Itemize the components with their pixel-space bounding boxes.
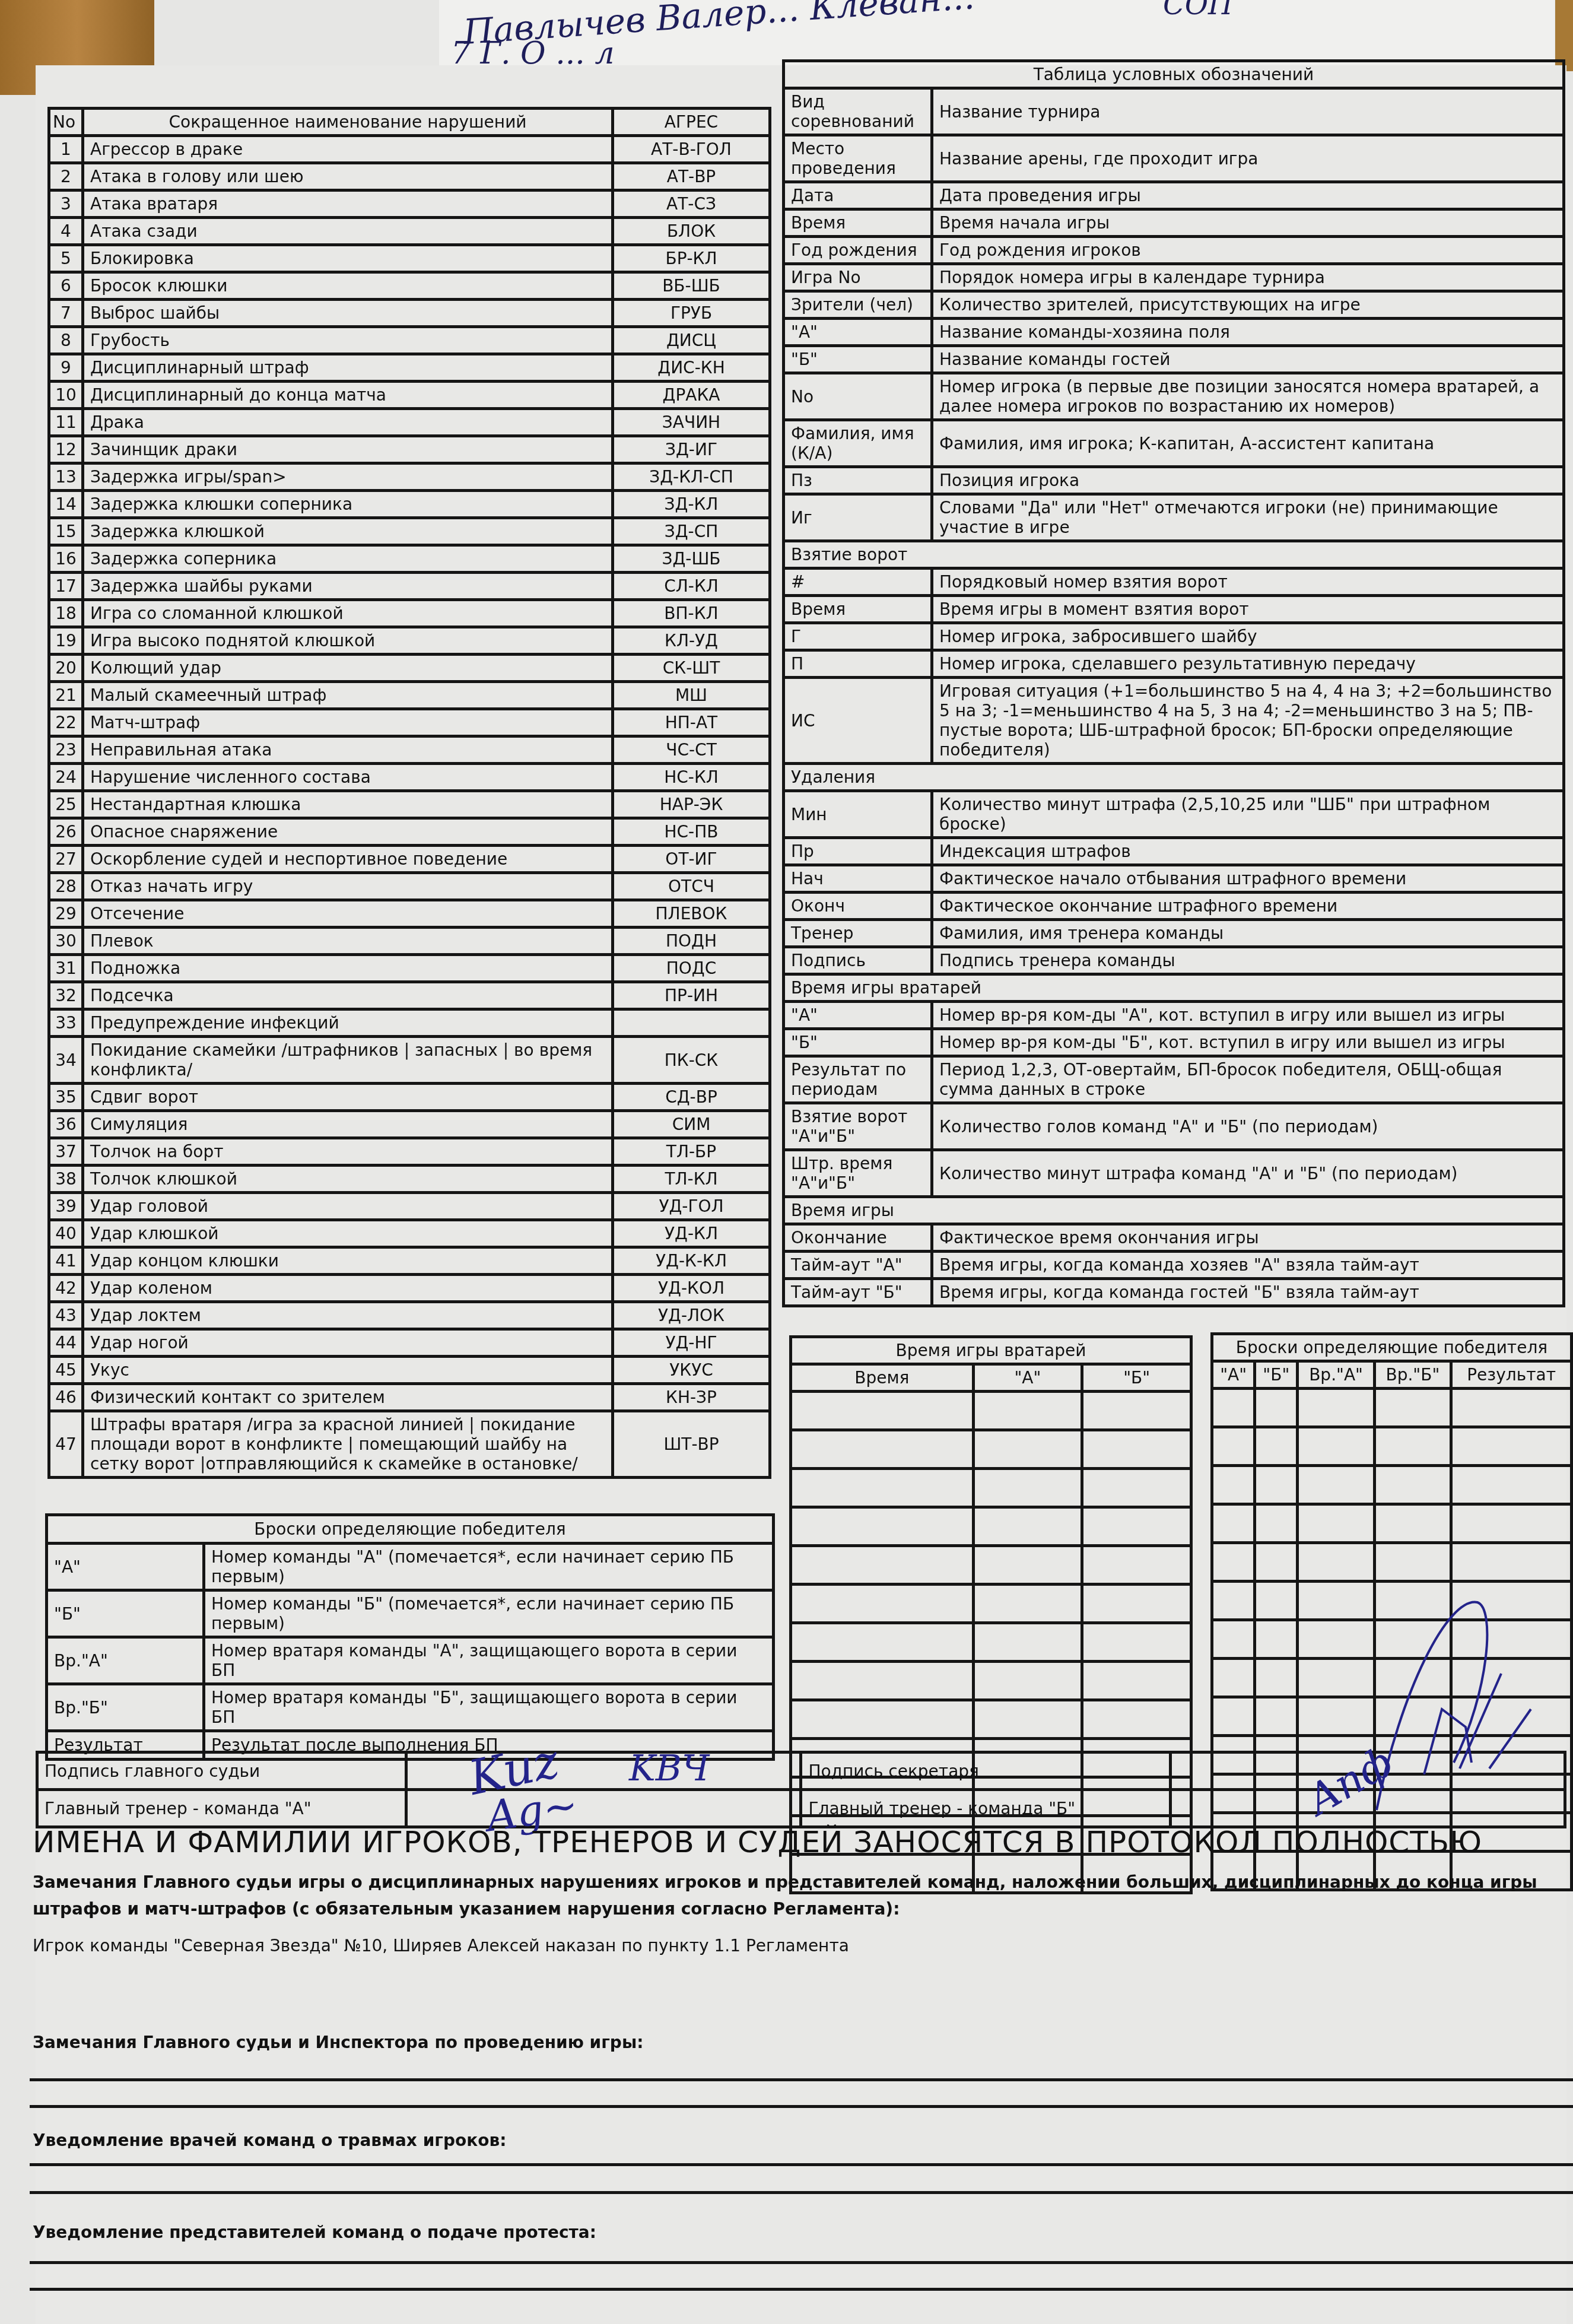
legend-value: Период 1,2,3, ОТ-овертайм, БП-бросок поб… bbox=[932, 1056, 1564, 1103]
legend-key: Штр. время "А"и"Б" bbox=[784, 1150, 932, 1197]
violation-name: Симуляция bbox=[83, 1111, 613, 1138]
legend-value: Время игры в момент взятия ворот bbox=[932, 596, 1564, 623]
violation-code: ВП-КЛ bbox=[613, 600, 770, 627]
violation-name: Бросок клюшки bbox=[83, 272, 613, 300]
legend-row: Штр. время "А"и"Б" Количество минут штра… bbox=[784, 1150, 1564, 1197]
legend-value: Время игры, когда команда гостей "Б" взя… bbox=[932, 1279, 1564, 1306]
legend-value: Фактическое окончание штрафного времени bbox=[932, 893, 1564, 920]
violation-number: 44 bbox=[49, 1329, 83, 1357]
violation-code: АТ-В-ГОЛ bbox=[613, 136, 770, 163]
shootout-cell[interactable] bbox=[1212, 1466, 1255, 1504]
legend-row: Результат по периодам Период 1,2,3, ОТ-о… bbox=[784, 1056, 1564, 1103]
violation-number: 16 bbox=[49, 545, 83, 573]
legend-row: Тайм-аут "А" Время игры, когда команда х… bbox=[784, 1252, 1564, 1279]
legend-key: # bbox=[784, 569, 932, 596]
goalie-time-cell[interactable] bbox=[973, 1700, 1082, 1739]
violation-name: Подсечка bbox=[83, 982, 613, 1009]
violations-title: Сокращенное наименование нарушений bbox=[83, 109, 613, 136]
legend-value: Индексация штрафов bbox=[932, 838, 1564, 865]
violation-number: 39 bbox=[49, 1193, 83, 1220]
violation-row: 38 Толчок клюшкой ТЛ-КЛ bbox=[49, 1166, 770, 1193]
violation-name: Удар концом клюшки bbox=[83, 1247, 613, 1275]
legend-value: Дата проведения игры bbox=[932, 182, 1564, 209]
violation-number: 8 bbox=[49, 327, 83, 354]
legend-row: Место проведения Название арены, где про… bbox=[784, 135, 1564, 182]
violation-row: 23 Неправильная атака ЧС-СТ bbox=[49, 736, 770, 764]
violation-number: 43 bbox=[49, 1302, 83, 1329]
shootout-cell[interactable] bbox=[1374, 1504, 1451, 1543]
violation-code: ЗД-ИГ bbox=[613, 436, 770, 463]
legend-value: Фамилия, имя игрока; К-капитан, А-ассист… bbox=[932, 420, 1564, 467]
shootout-cell[interactable] bbox=[1298, 1466, 1374, 1504]
goalie-time-column-header: "А" bbox=[973, 1364, 1082, 1392]
legend-value: Номер игрока (в первые две позиции занос… bbox=[932, 373, 1564, 420]
violation-number: 30 bbox=[49, 928, 83, 955]
violation-row: 10 Дисциплинарный до конца матча ДРАКА bbox=[49, 382, 770, 409]
violation-row: 17 Задержка шайбы руками СЛ-КЛ bbox=[49, 573, 770, 600]
violation-code: НС-ПВ bbox=[613, 818, 770, 846]
goalie-time-cell[interactable] bbox=[791, 1700, 974, 1739]
coach-a-label: Главный тренер - команда "А" bbox=[37, 1790, 406, 1827]
violation-number: 11 bbox=[49, 409, 83, 436]
violation-name: Физический контакт со зрителем bbox=[83, 1384, 613, 1411]
violation-row: 20 Колющий удар СК-ШТ bbox=[49, 655, 770, 682]
violation-row: 22 Матч-штраф НП-АТ bbox=[49, 709, 770, 736]
legend-row: Оконч Фактическое окончание штрафного вр… bbox=[784, 893, 1564, 920]
violation-row: 25 Нестандартная клюшка НАР-ЭК bbox=[49, 791, 770, 818]
goalie-time-cell[interactable] bbox=[791, 1507, 974, 1546]
violation-name: Задержка клюшки соперника bbox=[83, 491, 613, 518]
goalie-time-title: Время игры вратарей bbox=[791, 1337, 1191, 1364]
goalie-time-cell[interactable] bbox=[973, 1585, 1082, 1623]
violation-code: КН-ЗР bbox=[613, 1384, 770, 1411]
legend-section-row: Взятие ворот bbox=[784, 541, 1564, 569]
violation-code: ВБ-ШБ bbox=[613, 272, 770, 300]
goalie-time-cell[interactable] bbox=[1082, 1546, 1191, 1585]
shootout-cell[interactable] bbox=[1298, 1389, 1374, 1427]
legend-row: Пз Позиция игрока bbox=[784, 467, 1564, 494]
legend-key: Мин bbox=[784, 791, 932, 838]
shootout-cell[interactable] bbox=[1374, 1427, 1451, 1466]
goalie-time-cell[interactable] bbox=[1082, 1507, 1191, 1546]
violation-number: 38 bbox=[49, 1166, 83, 1193]
shootout-legend-value: Номер вратаря команды "А", защищающего в… bbox=[204, 1637, 774, 1684]
legend-value: Номер игрока, забросившего шайбу bbox=[932, 623, 1564, 650]
goalie-time-column-header: "Б" bbox=[1082, 1364, 1191, 1392]
violation-name: Задержка игры/span> bbox=[83, 463, 613, 491]
violation-number: 35 bbox=[49, 1084, 83, 1111]
legend-row: Г Номер игрока, забросившего шайбу bbox=[784, 623, 1564, 650]
violation-name: Толчок на борт bbox=[83, 1138, 613, 1166]
referee-remarks-title: Замечания Главного судьи игры о дисципли… bbox=[33, 1869, 1552, 1923]
shootout-row bbox=[1212, 1427, 1572, 1466]
legend-key: Тайм-аут "А" bbox=[784, 1252, 932, 1279]
violation-number: 42 bbox=[49, 1275, 83, 1302]
violation-code: ЧС-СТ bbox=[613, 736, 770, 764]
shootout-legend-title: Броски определяющие победителя bbox=[47, 1515, 774, 1544]
shootout-legend-row: "А" Номер команды "А" (помечается*, если… bbox=[47, 1544, 774, 1590]
violation-number: 2 bbox=[49, 163, 83, 191]
violation-row: 32 Подсечка ПР-ИН bbox=[49, 982, 770, 1009]
violation-number: 1 bbox=[49, 136, 83, 163]
violation-row: 42 Удар коленом УД-КОЛ bbox=[49, 1275, 770, 1302]
shootout-cell[interactable] bbox=[1212, 1427, 1255, 1466]
violation-row: 19 Игра высоко поднятой клюшкой КЛ-УД bbox=[49, 627, 770, 655]
shootout-row bbox=[1212, 1389, 1572, 1427]
shootout-cell[interactable] bbox=[1451, 1504, 1572, 1543]
goalie-time-cell[interactable] bbox=[791, 1546, 974, 1585]
violation-code: НАР-ЭК bbox=[613, 791, 770, 818]
chief-referee-signature-2: KBЧ bbox=[629, 1748, 709, 1789]
legend-row: Зрители (чел) Количество зрителей, прису… bbox=[784, 291, 1564, 319]
legend-row: Мин Количество минут штрафа (2,5,10,25 и… bbox=[784, 791, 1564, 838]
violation-number: 41 bbox=[49, 1247, 83, 1275]
shootout-cell[interactable] bbox=[1255, 1659, 1298, 1697]
legend-section-row: Время игры вратарей bbox=[784, 974, 1564, 1002]
violation-name: Атака вратаря bbox=[83, 191, 613, 218]
violation-code: УД-ЛОК bbox=[613, 1302, 770, 1329]
violation-code: МШ bbox=[613, 682, 770, 709]
shootout-legend-value: Номер вратаря команды "Б", защищающего в… bbox=[204, 1684, 774, 1731]
violation-number: 34 bbox=[49, 1037, 83, 1084]
shootout-cell[interactable] bbox=[1212, 1543, 1255, 1582]
shootout-cell[interactable] bbox=[1255, 1504, 1298, 1543]
shootout-legend-row: "Б" Номер команды "Б" (помечается*, если… bbox=[47, 1590, 774, 1637]
shootout-cell[interactable] bbox=[1298, 1504, 1374, 1543]
shootout-cell[interactable] bbox=[1212, 1659, 1255, 1697]
legend-section-row: Время игры bbox=[784, 1197, 1564, 1224]
goalie-time-cell[interactable] bbox=[1082, 1430, 1191, 1469]
violation-code: ТЛ-БР bbox=[613, 1138, 770, 1166]
violation-code: ДИСЦ bbox=[613, 327, 770, 354]
inspector-remarks-label: Замечания Главного судьи и Инспектора по… bbox=[33, 2033, 643, 2052]
names-notice-heading: ИМЕНА И ФАМИЛИИ ИГРОКОВ, ТРЕНЕРОВ И СУДЕ… bbox=[33, 1825, 1482, 1859]
legend-value: Словами "Да" или "Нет" отмечаются игроки… bbox=[932, 494, 1564, 541]
violation-name: Малый скамеечный штраф bbox=[83, 682, 613, 709]
shootout-legend-row: Вр."Б" Номер вратаря команды "Б", защища… bbox=[47, 1684, 774, 1731]
goalie-time-cell[interactable] bbox=[791, 1469, 974, 1507]
legend-section-title: Взятие ворот bbox=[784, 541, 1564, 569]
shootout-cell[interactable] bbox=[1212, 1389, 1255, 1427]
legend-value: Количество минут штрафа команд "А" и "Б"… bbox=[932, 1150, 1564, 1197]
legend-value: Количество зрителей, присутствующих на и… bbox=[932, 291, 1564, 319]
shootout-cell[interactable] bbox=[1255, 1582, 1298, 1620]
doctors-notice-line-1[interactable] bbox=[30, 2163, 1573, 2166]
shootout-cell[interactable] bbox=[1255, 1620, 1298, 1659]
shootout-column-header: "Б" bbox=[1255, 1361, 1298, 1389]
shootout-legend-key: "Б" bbox=[47, 1590, 204, 1637]
shootout-cell[interactable] bbox=[1451, 1389, 1572, 1427]
legend-key: "А" bbox=[784, 1002, 932, 1029]
goalie-time-cell[interactable] bbox=[973, 1430, 1082, 1469]
legend-row: Дата Дата проведения игры bbox=[784, 182, 1564, 209]
legend-key: Пз bbox=[784, 467, 932, 494]
shootout-cell[interactable] bbox=[1255, 1697, 1298, 1736]
violation-code: УКУС bbox=[613, 1357, 770, 1384]
violation-number: 5 bbox=[49, 245, 83, 272]
legend-row: Нач Фактическое начало отбывания штрафно… bbox=[784, 865, 1564, 893]
shootout-column-header: "А" bbox=[1212, 1361, 1255, 1389]
shootout-cell[interactable] bbox=[1255, 1466, 1298, 1504]
legend-key: Фамилия, имя (К/А) bbox=[784, 420, 932, 467]
violation-row: 3 Атака вратаря АТ-СЗ bbox=[49, 191, 770, 218]
legend-value: Порядок номера игры в календаре турнира bbox=[932, 264, 1564, 291]
inspector-remarks-line-2[interactable] bbox=[30, 2105, 1573, 2108]
legend-row: Окончание Фактическое время окончания иг… bbox=[784, 1224, 1564, 1252]
violation-number: 45 bbox=[49, 1357, 83, 1384]
violation-code: ШТ-ВР bbox=[613, 1411, 770, 1478]
violation-name: Удар ногой bbox=[83, 1329, 613, 1357]
legend-row: # Порядковый номер взятия ворот bbox=[784, 569, 1564, 596]
violation-row: 34 Покидание скамейки /штрафников | запа… bbox=[49, 1037, 770, 1084]
legend-row: Игра No Порядок номера игры в календаре … bbox=[784, 264, 1564, 291]
goalie-time-cell[interactable] bbox=[791, 1585, 974, 1623]
shootout-row bbox=[1212, 1466, 1572, 1504]
violation-code: АТ-СЗ bbox=[613, 191, 770, 218]
violation-name: Задержка клюшкой bbox=[83, 518, 613, 545]
violation-code: ЗД-КЛ-СП bbox=[613, 463, 770, 491]
legend-key: Место проведения bbox=[784, 135, 932, 182]
violation-name: Оскорбление судей и неспортивное поведен… bbox=[83, 846, 613, 873]
violation-row: 44 Удар ногой УД-НГ bbox=[49, 1329, 770, 1357]
goalie-time-cell[interactable] bbox=[973, 1623, 1082, 1662]
shootout-cell[interactable] bbox=[1451, 1427, 1572, 1466]
legend-value: Фактическое начало отбывания штрафного в… bbox=[932, 865, 1564, 893]
violation-name: Матч-штраф bbox=[83, 709, 613, 736]
shootout-legend-key: Вр."Б" bbox=[47, 1684, 204, 1731]
violation-code: ГРУБ bbox=[613, 300, 770, 327]
violation-name: Укус bbox=[83, 1357, 613, 1384]
violation-row: 33 Предупреждение инфекций bbox=[49, 1009, 770, 1037]
legend-row: Фамилия, имя (К/А) Фамилия, имя игрока; … bbox=[784, 420, 1564, 467]
violation-row: 4 Атака сзади БЛОК bbox=[49, 218, 770, 245]
violation-code: КЛ-УД bbox=[613, 627, 770, 655]
doctors-notice-line-2[interactable] bbox=[30, 2191, 1573, 2194]
goalie-time-cell[interactable] bbox=[1082, 1469, 1191, 1507]
violation-name: Грубость bbox=[83, 327, 613, 354]
violation-name: Дисциплинарный до конца матча bbox=[83, 382, 613, 409]
violation-row: 14 Задержка клюшки соперника ЗД-КЛ bbox=[49, 491, 770, 518]
violation-number: 3 bbox=[49, 191, 83, 218]
violation-name: Удар клюшкой bbox=[83, 1220, 613, 1247]
inspector-remarks-line-1[interactable] bbox=[30, 2078, 1573, 2081]
violation-row: 6 Бросок клюшки ВБ-ШБ bbox=[49, 272, 770, 300]
goalie-time-cell[interactable] bbox=[1082, 1623, 1191, 1662]
goalie-time-row bbox=[791, 1700, 1191, 1739]
protest-notice-line-1[interactable] bbox=[30, 2261, 1573, 2264]
legend-table: Таблица условных обозначений Вид соревно… bbox=[782, 59, 1565, 1307]
violation-row: 28 Отказ начать игру ОТСЧ bbox=[49, 873, 770, 900]
legend-row: Время Время начала игры bbox=[784, 209, 1564, 237]
violation-code: УД-НГ bbox=[613, 1329, 770, 1357]
violation-row: 2 Атака в голову или шею АТ-ВР bbox=[49, 163, 770, 191]
violation-code: ОТ-ИГ bbox=[613, 846, 770, 873]
violation-row: 1 Агрессор в драке АТ-В-ГОЛ bbox=[49, 136, 770, 163]
violation-number: 31 bbox=[49, 955, 83, 982]
violation-name: Игра со сломанной клюшкой bbox=[83, 600, 613, 627]
violation-code: ЗД-СП bbox=[613, 518, 770, 545]
violation-name: Блокировка bbox=[83, 245, 613, 272]
violation-code: ЗД-КЛ bbox=[613, 491, 770, 518]
goalie-time-cell[interactable] bbox=[1082, 1700, 1191, 1739]
goalie-time-row bbox=[791, 1662, 1191, 1700]
legend-key: П bbox=[784, 650, 932, 678]
legend-row: Время Время игры в момент взятия ворот bbox=[784, 596, 1564, 623]
violation-row: 29 Отсечение ПЛЕВОК bbox=[49, 900, 770, 928]
legend-key: Подпись bbox=[784, 947, 932, 974]
violation-number: 13 bbox=[49, 463, 83, 491]
legend-row: Иг Словами "Да" или "Нет" отмечаются игр… bbox=[784, 494, 1564, 541]
secretary-label: Подпись секретаря bbox=[801, 1752, 1171, 1790]
shootout-cell[interactable] bbox=[1374, 1466, 1451, 1504]
violation-row: 41 Удар концом клюшки УД-К-КЛ bbox=[49, 1247, 770, 1275]
legend-key: "Б" bbox=[784, 1029, 932, 1056]
violation-row: 15 Задержка клюшкой ЗД-СП bbox=[49, 518, 770, 545]
legend-row: "Б" Номер вр-ря ком-ды "Б", кот. вступил… bbox=[784, 1029, 1564, 1056]
shootout-cell[interactable] bbox=[1298, 1427, 1374, 1466]
violation-row: 16 Задержка соперника ЗД-ШБ bbox=[49, 545, 770, 573]
violation-code: ЗД-ШБ bbox=[613, 545, 770, 573]
violation-row: 8 Грубость ДИСЦ bbox=[49, 327, 770, 354]
legend-key: Тренер bbox=[784, 920, 932, 947]
shootout-cell[interactable] bbox=[1255, 1543, 1298, 1582]
violation-row: 31 Подножка ПОДС bbox=[49, 955, 770, 982]
goalie-time-cell[interactable] bbox=[791, 1392, 974, 1430]
violation-name: Дисциплинарный штраф bbox=[83, 354, 613, 382]
violation-number: 18 bbox=[49, 600, 83, 627]
legend-key: Иг bbox=[784, 494, 932, 541]
coach-a-signature-field[interactable] bbox=[406, 1790, 801, 1827]
goalie-time-cell[interactable] bbox=[973, 1546, 1082, 1585]
violation-name: Игра высоко поднятой клюшкой bbox=[83, 627, 613, 655]
goalie-time-cell[interactable] bbox=[1082, 1585, 1191, 1623]
violation-name: Предупреждение инфекций bbox=[83, 1009, 613, 1037]
violation-name: Задержка шайбы руками bbox=[83, 573, 613, 600]
violation-name: Плевок bbox=[83, 928, 613, 955]
violation-code: УД-КОЛ bbox=[613, 1275, 770, 1302]
violation-code: ДРАКА bbox=[613, 382, 770, 409]
violation-number: 27 bbox=[49, 846, 83, 873]
violation-row: 37 Толчок на борт ТЛ-БР bbox=[49, 1138, 770, 1166]
violation-number: 33 bbox=[49, 1009, 83, 1037]
handwritten-note-corner: COП bbox=[1163, 0, 1233, 21]
violation-name: Отказ начать игру bbox=[83, 873, 613, 900]
violation-number: 6 bbox=[49, 272, 83, 300]
legend-key: ИС bbox=[784, 678, 932, 764]
violation-name: Задержка соперника bbox=[83, 545, 613, 573]
violation-row: 9 Дисциплинарный штраф ДИС-КН bbox=[49, 354, 770, 382]
violation-code: СИМ bbox=[613, 1111, 770, 1138]
violation-number: 29 bbox=[49, 900, 83, 928]
goalie-time-cell[interactable] bbox=[1082, 1662, 1191, 1700]
protest-notice-label: Уведомление представителей команд о пода… bbox=[33, 2223, 596, 2242]
shootout-cell[interactable] bbox=[1212, 1697, 1255, 1736]
violation-code: ПОДН bbox=[613, 928, 770, 955]
shootout-cell[interactable] bbox=[1451, 1466, 1572, 1504]
violation-name: Зачинщик драки bbox=[83, 436, 613, 463]
violation-number: 12 bbox=[49, 436, 83, 463]
legend-value: Фамилия, имя тренера команды bbox=[932, 920, 1564, 947]
violation-name: Удар коленом bbox=[83, 1275, 613, 1302]
violation-row: 46 Физический контакт со зрителем КН-ЗР bbox=[49, 1384, 770, 1411]
legend-key: Оконч bbox=[784, 893, 932, 920]
legend-key: "А" bbox=[784, 319, 932, 346]
goalie-time-cell[interactable] bbox=[791, 1662, 974, 1700]
legend-key: Зрители (чел) bbox=[784, 291, 932, 319]
protest-notice-line-2[interactable] bbox=[30, 2288, 1573, 2291]
legend-row: "А" Название команды-хозяина поля bbox=[784, 319, 1564, 346]
chief-referee-label: Подпись главного судьи bbox=[37, 1752, 406, 1790]
goalie-time-row bbox=[791, 1585, 1191, 1623]
shootout-cell[interactable] bbox=[1212, 1620, 1255, 1659]
goalie-time-row bbox=[791, 1546, 1191, 1585]
shootout-legend-table: Броски определяющие победителя "А" Номер… bbox=[45, 1513, 775, 1761]
violation-number: 36 bbox=[49, 1111, 83, 1138]
violation-number: 9 bbox=[49, 354, 83, 382]
legend-value: Игровая ситуация (+1=большинство 5 на 4,… bbox=[932, 678, 1564, 764]
goalie-time-cell[interactable] bbox=[973, 1507, 1082, 1546]
legend-key: Г bbox=[784, 623, 932, 650]
legend-row: Тайм-аут "Б" Время игры, когда команда г… bbox=[784, 1279, 1564, 1306]
shootout-cell[interactable] bbox=[1374, 1389, 1451, 1427]
legend-value: Количество голов команд "А" и "Б" (по пе… bbox=[932, 1103, 1564, 1150]
shootout-column-header: Вр."Б" bbox=[1374, 1361, 1451, 1389]
shootout-cell[interactable] bbox=[1255, 1427, 1298, 1466]
goalie-time-cell[interactable] bbox=[791, 1623, 974, 1662]
violation-name: Подножка bbox=[83, 955, 613, 982]
violation-name: Отсечение bbox=[83, 900, 613, 928]
violation-number: 23 bbox=[49, 736, 83, 764]
shootout-cell[interactable] bbox=[1255, 1389, 1298, 1427]
violation-row: 5 Блокировка БР-КЛ bbox=[49, 245, 770, 272]
goalie-time-cell[interactable] bbox=[973, 1469, 1082, 1507]
col-code-header: АГРЕС bbox=[613, 109, 770, 136]
violation-code: ПОДС bbox=[613, 955, 770, 982]
violation-row: 13 Задержка игры/span> ЗД-КЛ-СП bbox=[49, 463, 770, 491]
legend-key: Время bbox=[784, 596, 932, 623]
referee-remark-text[interactable]: Игрок команды "Северная Звезда" №10, Шир… bbox=[33, 1936, 849, 1955]
goalie-time-cell[interactable] bbox=[1082, 1392, 1191, 1430]
legend-key: Вид соревнований bbox=[784, 88, 932, 135]
shootout-cell[interactable] bbox=[1212, 1582, 1255, 1620]
violation-name: Опасное снаряжение bbox=[83, 818, 613, 846]
legend-value: Номер вр-ря ком-ды "А", кот. вступил в и… bbox=[932, 1002, 1564, 1029]
legend-section-title: Удаления bbox=[784, 764, 1564, 791]
goalie-time-row bbox=[791, 1392, 1191, 1430]
legend-row: Тренер Фамилия, имя тренера команды bbox=[784, 920, 1564, 947]
legend-value: Название команды-хозяина поля bbox=[932, 319, 1564, 346]
violation-number: 10 bbox=[49, 382, 83, 409]
shootout-legend-value: Номер команды "Б" (помечается*, если нач… bbox=[204, 1590, 774, 1637]
violation-number: 40 bbox=[49, 1220, 83, 1247]
violation-row: 35 Сдвиг ворот СД-ВР bbox=[49, 1084, 770, 1111]
violation-number: 25 bbox=[49, 791, 83, 818]
violation-code: НП-АТ bbox=[613, 709, 770, 736]
legend-key: Пр bbox=[784, 838, 932, 865]
violation-code: СД-ВР bbox=[613, 1084, 770, 1111]
goalie-time-cell[interactable] bbox=[973, 1392, 1082, 1430]
violation-row: 47 Штрафы вратаря /игра за красной линие… bbox=[49, 1411, 770, 1478]
violation-code bbox=[613, 1009, 770, 1037]
goalie-time-cell[interactable] bbox=[973, 1662, 1082, 1700]
shootout-cell[interactable] bbox=[1212, 1504, 1255, 1543]
goalie-time-row bbox=[791, 1507, 1191, 1546]
violation-number: 14 bbox=[49, 491, 83, 518]
violation-name: Нестандартная клюшка bbox=[83, 791, 613, 818]
goalie-time-cell[interactable] bbox=[791, 1430, 974, 1469]
legend-key: No bbox=[784, 373, 932, 420]
violation-number: 19 bbox=[49, 627, 83, 655]
